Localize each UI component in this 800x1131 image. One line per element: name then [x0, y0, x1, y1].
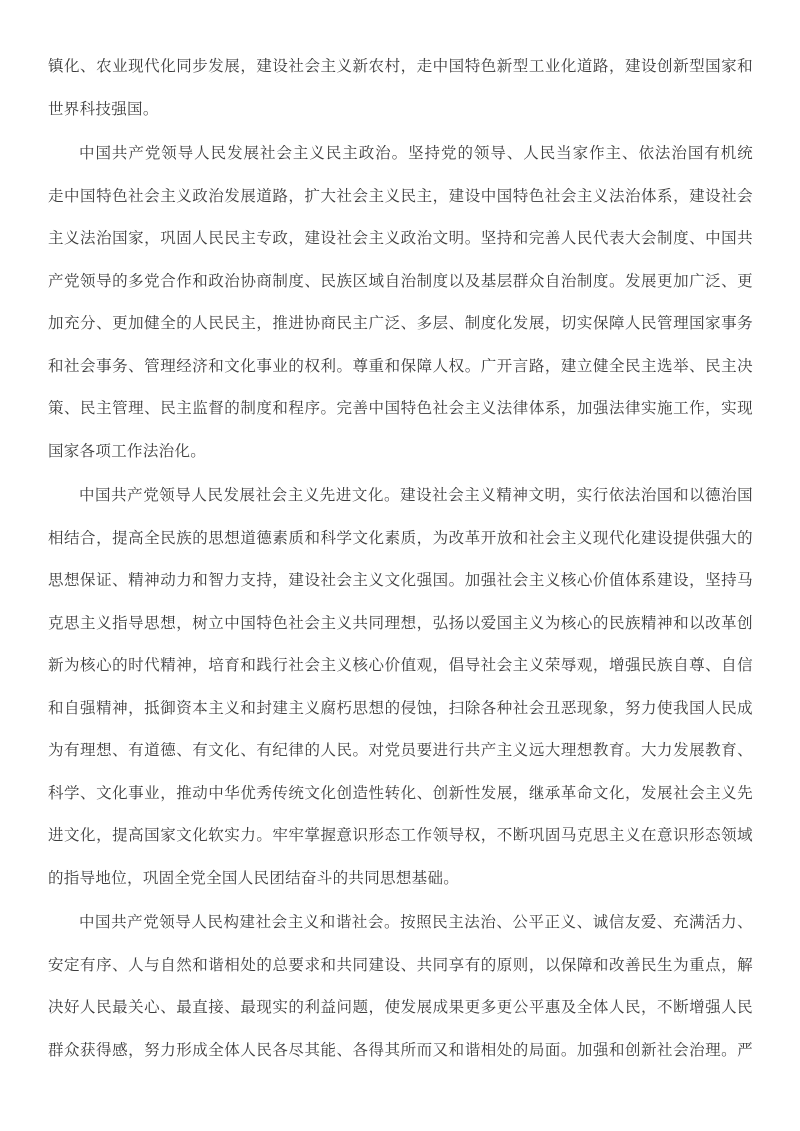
text-line: 思想保证、精神动力和智力支持，建设社会主义文化强国。加强社会主义核心价值体系建设…	[48, 560, 753, 603]
text-line: 群众获得感，努力形成全体人民各尽其能、各得其所而又和谐相处的局面。加强和创新社会…	[48, 1030, 753, 1073]
text-line: 产党领导的多党合作和政治协商制度、民族区域自治制度以及基层群众自治制度。发展更加…	[48, 261, 753, 304]
text-line: 进文化，提高国家文化软实力。牢牢掌握意识形态工作领导权，不断巩固马克思主义在意识…	[48, 815, 753, 858]
text-line: 加充分、更加健全的人民民主，推进协商民主广泛、多层、制度化发展，切实保障人民管理…	[48, 303, 753, 346]
document-page: 镇化、农业现代化同步发展，建设社会主义新农村，走中国特色新型工业化道路，建设创新…	[0, 0, 800, 1131]
text-line: 和自强精神，抵御资本主义和封建主义腐朽思想的侵蚀，扫除各种社会丑恶现象，努力使我…	[48, 688, 753, 731]
text-line: 中国共产党领导人民构建社会主义和谐社会。按照民主法治、公平正义、诚信友爱、充满活…	[48, 902, 753, 945]
text-line: 和社会事务、管理经济和文化事业的权利。尊重和保障人权。广开言路，建立健全民主选举…	[48, 346, 753, 389]
paragraph: 中国共产党领导人民发展社会主义民主政治。坚持党的领导、人民当家作主、依法治国有机…	[48, 133, 753, 473]
text-line: 的指导地位，巩固全党全国人民团结奋斗的共同思想基础。	[48, 858, 753, 901]
paragraph: 镇化、农业现代化同步发展，建设社会主义新农村，走中国特色新型工业化道路，建设创新…	[48, 46, 753, 131]
text-line: 中国共产党领导人民发展社会主义民主政治。坚持党的领导、人民当家作主、依法治国有机…	[48, 133, 753, 176]
text-line: 决好人民最关心、最直接、最现实的利益问题，使发展成果更多更公平惠及全体人民，不断…	[48, 987, 753, 1030]
text-line: 镇化、农业现代化同步发展，建设社会主义新农村，走中国特色新型工业化道路，建设创新…	[48, 46, 753, 89]
text-line: 主义法治国家，巩固人民民主专政，建设社会主义政治文明。坚持和完善人民代表大会制度…	[48, 218, 753, 261]
text-line: 策、民主管理、民主监督的制度和程序。完善中国特色社会主义法律体系，加强法律实施工…	[48, 388, 753, 431]
text-line: 世界科技强国。	[48, 89, 753, 132]
document-body: 镇化、农业现代化同步发展，建设社会主义新农村，走中国特色新型工业化道路，建设创新…	[48, 46, 753, 1072]
text-line: 为有理想、有道德、有文化、有纪律的人民。对党员要进行共产主义远大理想教育。大力发…	[48, 730, 753, 773]
text-line: 相结合，提高全民族的思想道德素质和科学文化素质，为改革开放和社会主义现代化建设提…	[48, 518, 753, 561]
paragraph: 中国共产党领导人民构建社会主义和谐社会。按照民主法治、公平正义、诚信友爱、充满活…	[48, 902, 753, 1072]
text-line: 新为核心的时代精神，培育和践行社会主义核心价值观，倡导社会主义荣辱观，增强民族自…	[48, 645, 753, 688]
text-line: 走中国特色社会主义政治发展道路，扩大社会主义民主，建设中国特色社会主义法治体系，…	[48, 176, 753, 219]
text-line: 科学、文化事业，推动中华优秀传统文化创造性转化、创新性发展，继承革命文化，发展社…	[48, 773, 753, 816]
text-line: 国家各项工作法治化。	[48, 431, 753, 474]
paragraph: 中国共产党领导人民发展社会主义先进文化。建设社会主义精神文明，实行依法治国和以德…	[48, 475, 753, 900]
text-line: 中国共产党领导人民发展社会主义先进文化。建设社会主义精神文明，实行依法治国和以德…	[48, 475, 753, 518]
text-line: 安定有序、人与自然和谐相处的总要求和共同建设、共同享有的原则，以保障和改善民生为…	[48, 945, 753, 988]
text-line: 克思主义指导思想，树立中国特色社会主义共同理想，弘扬以爱国主义为核心的民族精神和…	[48, 603, 753, 646]
